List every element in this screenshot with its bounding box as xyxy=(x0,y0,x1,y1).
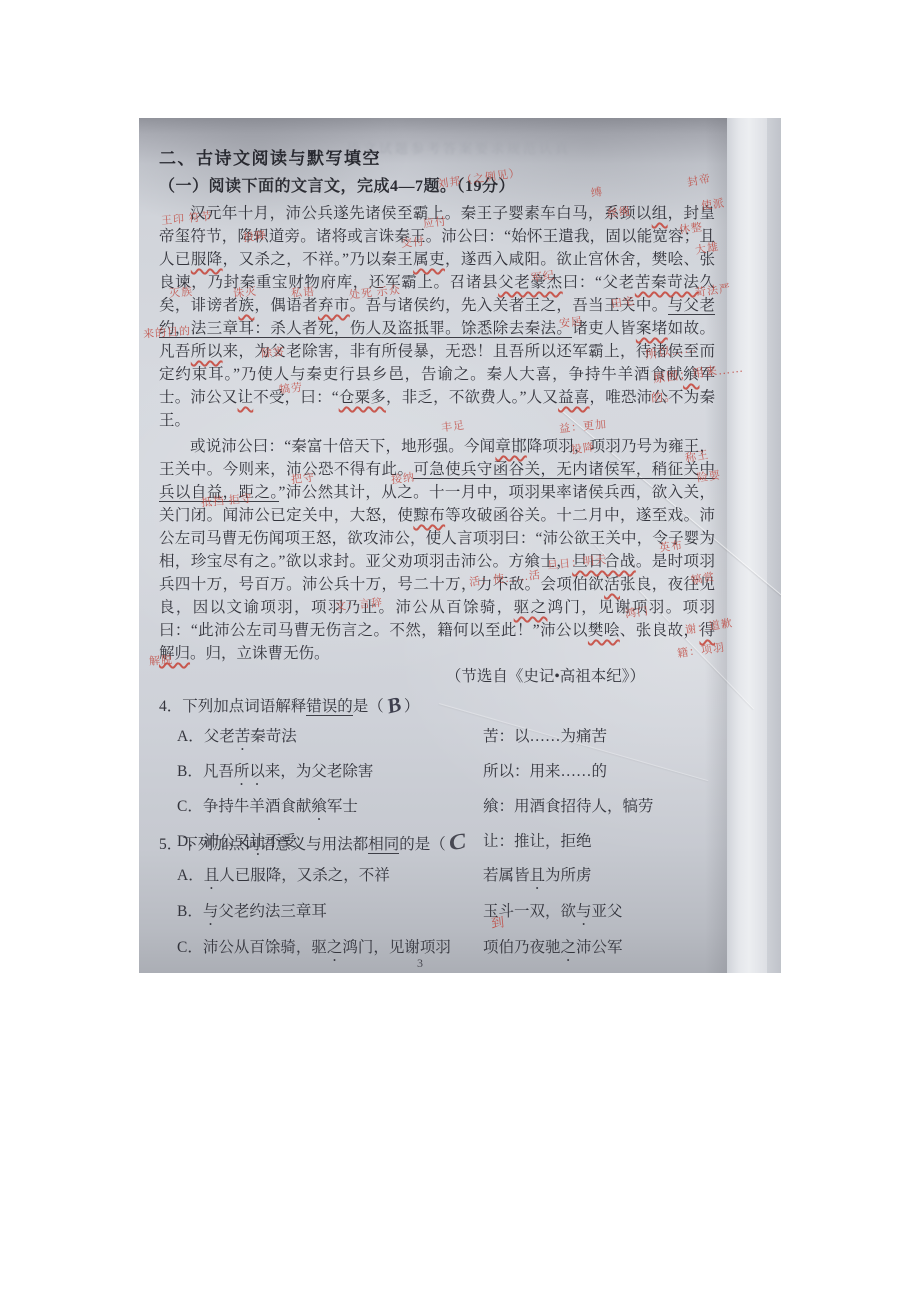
text-segment: 且 xyxy=(204,867,220,884)
option-label: A． xyxy=(177,728,204,745)
text-segment: 4．下列加点词语解释 xyxy=(159,698,306,715)
text-segment: 仓粟多 xyxy=(339,389,386,406)
text-segment: 人已服降，又杀之，不祥 xyxy=(219,867,390,884)
option-label: C． xyxy=(177,939,203,956)
text-segment: 旦日合战 xyxy=(572,553,636,570)
text-segment: 案堵 xyxy=(636,320,668,337)
text-segment: 飨 xyxy=(683,366,699,383)
text-segment: 飨 xyxy=(311,798,327,815)
text-segment: 所以：用来……的 xyxy=(483,763,607,780)
option-gloss: 飨：用酒食招待人，犒劳 xyxy=(483,795,729,824)
question-4-option-a: A．父老苦秦苛法 苦：以……为痛苦 xyxy=(159,725,729,754)
text-segment: ，又杀之，不祥。”乃以秦王 xyxy=(223,251,413,268)
passage-paragraph-2: 或说沛公曰：“秦富十倍天下，地形强。今闻章邯降项羽，项羽乃号为雍王，王关中。今则… xyxy=(159,435,715,665)
text-segment: 父老 xyxy=(204,728,235,745)
question-5-option-a: A．且人已服降，又杀之，不祥 若属皆且为所虏 xyxy=(159,864,729,893)
text-segment: 族 xyxy=(238,297,254,314)
option-label: B． xyxy=(177,763,203,780)
question-5: 5．下列加点词语意义与用法都相同的是（C A．且人已服降，又杀之，不祥 若属皆且… xyxy=(159,830,729,973)
text-segment: 沛公从百馀骑，驱 xyxy=(203,939,327,956)
text-segment: 来，为父老除害，非有所侵暴，无恐！且吾所以还军霸上，待诸侯至而定约束耳。”乃使人… xyxy=(159,343,715,383)
text-segment: 沛公军 xyxy=(576,939,623,956)
text-segment: 益喜 xyxy=(558,389,589,406)
text-segment: 或说沛公曰：“秦富十倍天下，地形强。今闻 xyxy=(190,438,495,455)
option-gloss: 苦：以……为痛苦 xyxy=(483,725,729,754)
text-segment: 5．下列加点词语意义与用法都 xyxy=(159,836,368,853)
option-comparison: 项伯乃夜驰之沛公军 xyxy=(483,936,729,965)
passage-source: （节选自《史记•高祖本纪》） xyxy=(159,665,715,688)
text-segment: 鸿门，见谢项羽 xyxy=(342,939,451,956)
page-number: 3 xyxy=(417,956,423,971)
handwritten-answer-c: C xyxy=(447,829,468,856)
text-segment: 错误的 xyxy=(306,698,353,716)
text-segment: 黥布 xyxy=(413,507,445,524)
text-segment: 秦苛法 xyxy=(250,728,297,745)
text-segment: 、张良故， xyxy=(620,622,700,639)
text-segment: 。吾与诸侯约，先入关者王之，吾当王关中。 xyxy=(350,297,668,314)
question-5-option-d: D．沛公以樊哙、张良故，得解归 具以沛公言报项王 xyxy=(159,972,729,973)
text-segment: 。归，立诛曹无伤。 xyxy=(190,645,330,662)
text-segment: 与 xyxy=(576,903,592,920)
text-segment: 玉斗一双，欲 xyxy=(483,903,576,920)
text-segment: 凡吾 xyxy=(203,763,234,780)
option-label: A． xyxy=(177,867,204,884)
text-segment: 亚父 xyxy=(592,903,623,920)
text-segment: 与 xyxy=(203,903,219,920)
text-segment: 所以 xyxy=(191,343,223,360)
text-segment: 军士 xyxy=(327,798,358,815)
text-segment: 是（ xyxy=(353,698,384,715)
handwritten-answer-b: B xyxy=(384,692,403,719)
text-segment: 曰：“父老 xyxy=(563,274,635,291)
text-segment: ，非乏，不欲费人。”人又 xyxy=(386,389,558,406)
text-segment: 苦：以……为痛苦 xyxy=(483,728,607,745)
text-segment: 相同 xyxy=(368,836,399,854)
classical-passage: 汉元年十月，沛公兵遂先诸侯至霸上。秦王子婴素车白马，系颈以组，封皇帝玺符节，降轵… xyxy=(159,202,715,688)
text-segment: 章邯 xyxy=(495,438,526,455)
text-segment: 父老豪杰 xyxy=(498,274,563,291)
option-comparison: 具以沛公言报项王 xyxy=(483,972,729,973)
text-segment: 争持牛羊酒食献 xyxy=(203,798,312,815)
text-segment: 之 xyxy=(561,939,577,956)
question-4-stem: 4．下列加点词语解释错误的是（B） xyxy=(159,692,729,719)
text-segment: 为所虏 xyxy=(545,867,592,884)
text-segment: 汉元年十月，沛公兵遂先诸侯至霸上。秦王子婴素车白马，系颈以 xyxy=(190,205,652,222)
text-segment: 不受，曰：“ xyxy=(253,389,338,406)
text-segment: 让 xyxy=(238,389,254,406)
option-label: C． xyxy=(177,798,203,815)
text-segment: 组 xyxy=(652,205,668,222)
option-label: B． xyxy=(177,903,203,920)
question-4-option-c: C．争持牛羊酒食献飨军士 飨：用酒食招待人，犒劳 xyxy=(159,795,729,824)
text-segment: 父老约法三章耳 xyxy=(218,903,327,920)
handwritten-annotation: 缚 xyxy=(590,183,605,201)
option-comparison: 玉斗一双，欲与亚父 xyxy=(483,900,729,929)
question-4-option-b: B．凡吾所以来，为父老除害 所以：用来……的 xyxy=(159,760,729,789)
text-segment: 驱之 xyxy=(514,599,548,616)
text-segment: ，偶语者 xyxy=(254,297,318,314)
passage-paragraph-1: 汉元年十月，沛公兵遂先诸侯至霸上。秦王子婴素车白马，系颈以组，封皇帝玺符节，降轵… xyxy=(159,202,715,432)
text-segment: 樊哙 xyxy=(588,622,620,639)
option-comparison: 若属皆且为所虏 xyxy=(483,864,729,893)
text-segment: 且 xyxy=(530,867,546,884)
text-segment: 来，为父老除害 xyxy=(265,763,374,780)
text-segment: 飨：用酒食招待人，犒劳 xyxy=(483,798,654,815)
text-segment: 之 xyxy=(327,939,343,956)
section-title: 二、古诗文阅读与默写填空 xyxy=(159,144,381,169)
question-5-option-c: C．沛公从百馀骑，驱之鸿门，见谢项羽 项伯乃夜驰之沛公军 xyxy=(159,936,729,965)
page-edge-highlight xyxy=(727,118,767,973)
text-segment: 若属皆 xyxy=(483,867,530,884)
text-segment: 苦秦苛法 xyxy=(635,274,700,291)
text-segment: 弃市 xyxy=(318,297,350,314)
text-segment: 的是（ xyxy=(399,836,446,853)
text-segment: 诸吏人皆 xyxy=(572,320,636,337)
text-segment: 属吏 xyxy=(413,251,445,268)
passage-instructions: （一）阅读下面的文言文，完成4—7题。（19分） xyxy=(159,173,515,196)
text-segment: 所以 xyxy=(234,763,265,780)
exam-paper-photo: 语文试题参考答案要求规范认真 二、古诗文阅读与默写填空 （一）阅读下面的文言文，… xyxy=(139,118,781,973)
text-segment: 项伯乃夜驰 xyxy=(483,939,561,956)
text-segment: 苦 xyxy=(235,728,251,745)
text-segment: 服降 xyxy=(191,251,223,268)
option-gloss: 所以：用来……的 xyxy=(483,760,729,789)
question-5-stem: 5．下列加点词语意义与用法都相同的是（C xyxy=(159,830,729,857)
question-5-option-b: B．与父老约法三章耳 玉斗一双，欲与亚父 xyxy=(159,900,729,929)
page-edge-outer xyxy=(767,118,781,973)
text-segment: 活 xyxy=(604,576,620,593)
bleed-through-text: 语文试题参考答案要求规范认真 xyxy=(347,138,727,157)
screenshot-canvas: { "header": { "section_title": "二、古诗文阅读与… xyxy=(0,0,920,1302)
